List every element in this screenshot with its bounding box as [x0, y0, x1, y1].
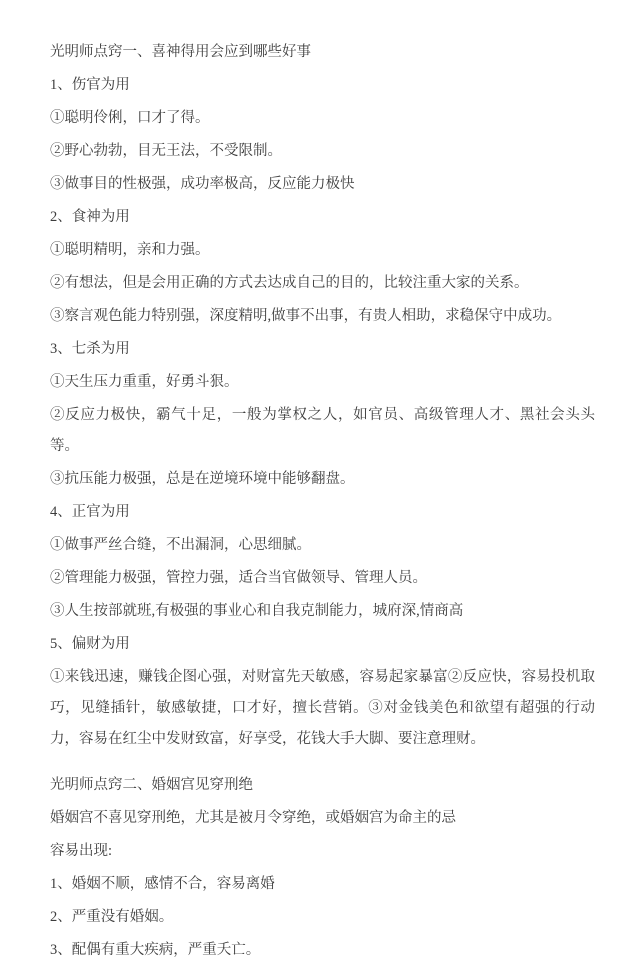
section-1-item-title: 5、偏财为用 [50, 629, 595, 660]
section-1-paragraph: ①聪明精明，亲和力强。 [50, 235, 595, 266]
section-1-paragraph: ①做事严丝合缝，不出漏洞，心思细腻。 [50, 530, 595, 561]
section-1-item-title: 1、伤官为用 [50, 70, 595, 101]
section-2-heading: 光明师点窍二、婚姻宫见穿刑绝 [50, 770, 595, 801]
section-hunyin: 光明师点窍二、婚姻宫见穿刑绝 婚姻宫不喜见穿刑绝，尤其是被月令穿绝，或婚姻宫为命… [50, 770, 595, 966]
section-1-paragraph: ②管理能力极强，管控力强，适合当官做领导、管理人员。 [50, 563, 595, 594]
section-1-paragraph: ③做事目的性极强，成功率极高，反应能力极快 [50, 169, 595, 200]
section-1-paragraph: ③人生按部就班,有极强的事业心和自我克制能力，城府深,情商高 [50, 596, 595, 627]
section-2-paragraph: 婚姻宫不喜见穿刑绝，尤其是被月令穿绝，或婚姻宫为命主的忌 [50, 803, 595, 834]
section-1-paragraph: ①来钱迅速，赚钱企图心强，对财富先天敏感，容易起家暴富②反应快，容易投机取巧，见… [50, 662, 595, 755]
section-1-paragraph: ②有想法，但是会用正确的方式去达成自己的目的，比较注重大家的关系。 [50, 268, 595, 299]
section-1-item-title: 3、七杀为用 [50, 334, 595, 365]
section-xishen: 光明师点窍一、喜神得用会应到哪些好事 1、伤官为用 ①聪明伶俐，口才了得。 ②野… [50, 37, 595, 755]
section-1-paragraph: ①天生压力重重，好勇斗狠。 [50, 367, 595, 398]
section-2-paragraph: 2、严重没有婚姻。 [50, 902, 595, 933]
section-1-paragraph: ②野心勃勃，目无王法，不受限制。 [50, 136, 595, 167]
section-1-heading: 光明师点窍一、喜神得用会应到哪些好事 [50, 37, 595, 68]
section-2-paragraph: 1、婚姻不顺，感情不合，容易离婚 [50, 869, 595, 900]
document-page: 光明师点窍一、喜神得用会应到哪些好事 1、伤官为用 ①聪明伶俐，口才了得。 ②野… [0, 0, 643, 973]
section-1-paragraph: ②反应力极快，霸气十足，一般为掌权之人，如官员、高级管理人才、黑社会头头等。 [50, 400, 595, 462]
section-2-paragraph: 容易出现: [50, 836, 595, 867]
section-1-paragraph: ③察言观色能力特别强，深度精明,做事不出事，有贵人相助，求稳保守中成功。 [50, 301, 595, 332]
section-1-item-title: 4、正官为用 [50, 497, 595, 528]
section-1-paragraph: ①聪明伶俐，口才了得。 [50, 103, 595, 134]
section-2-paragraph: 3、配偶有重大疾病，严重夭亡。 [50, 935, 595, 966]
section-1-paragraph: ③抗压能力极强，总是在逆境环境中能够翻盘。 [50, 464, 595, 495]
section-1-item-title: 2、食神为用 [50, 202, 595, 233]
